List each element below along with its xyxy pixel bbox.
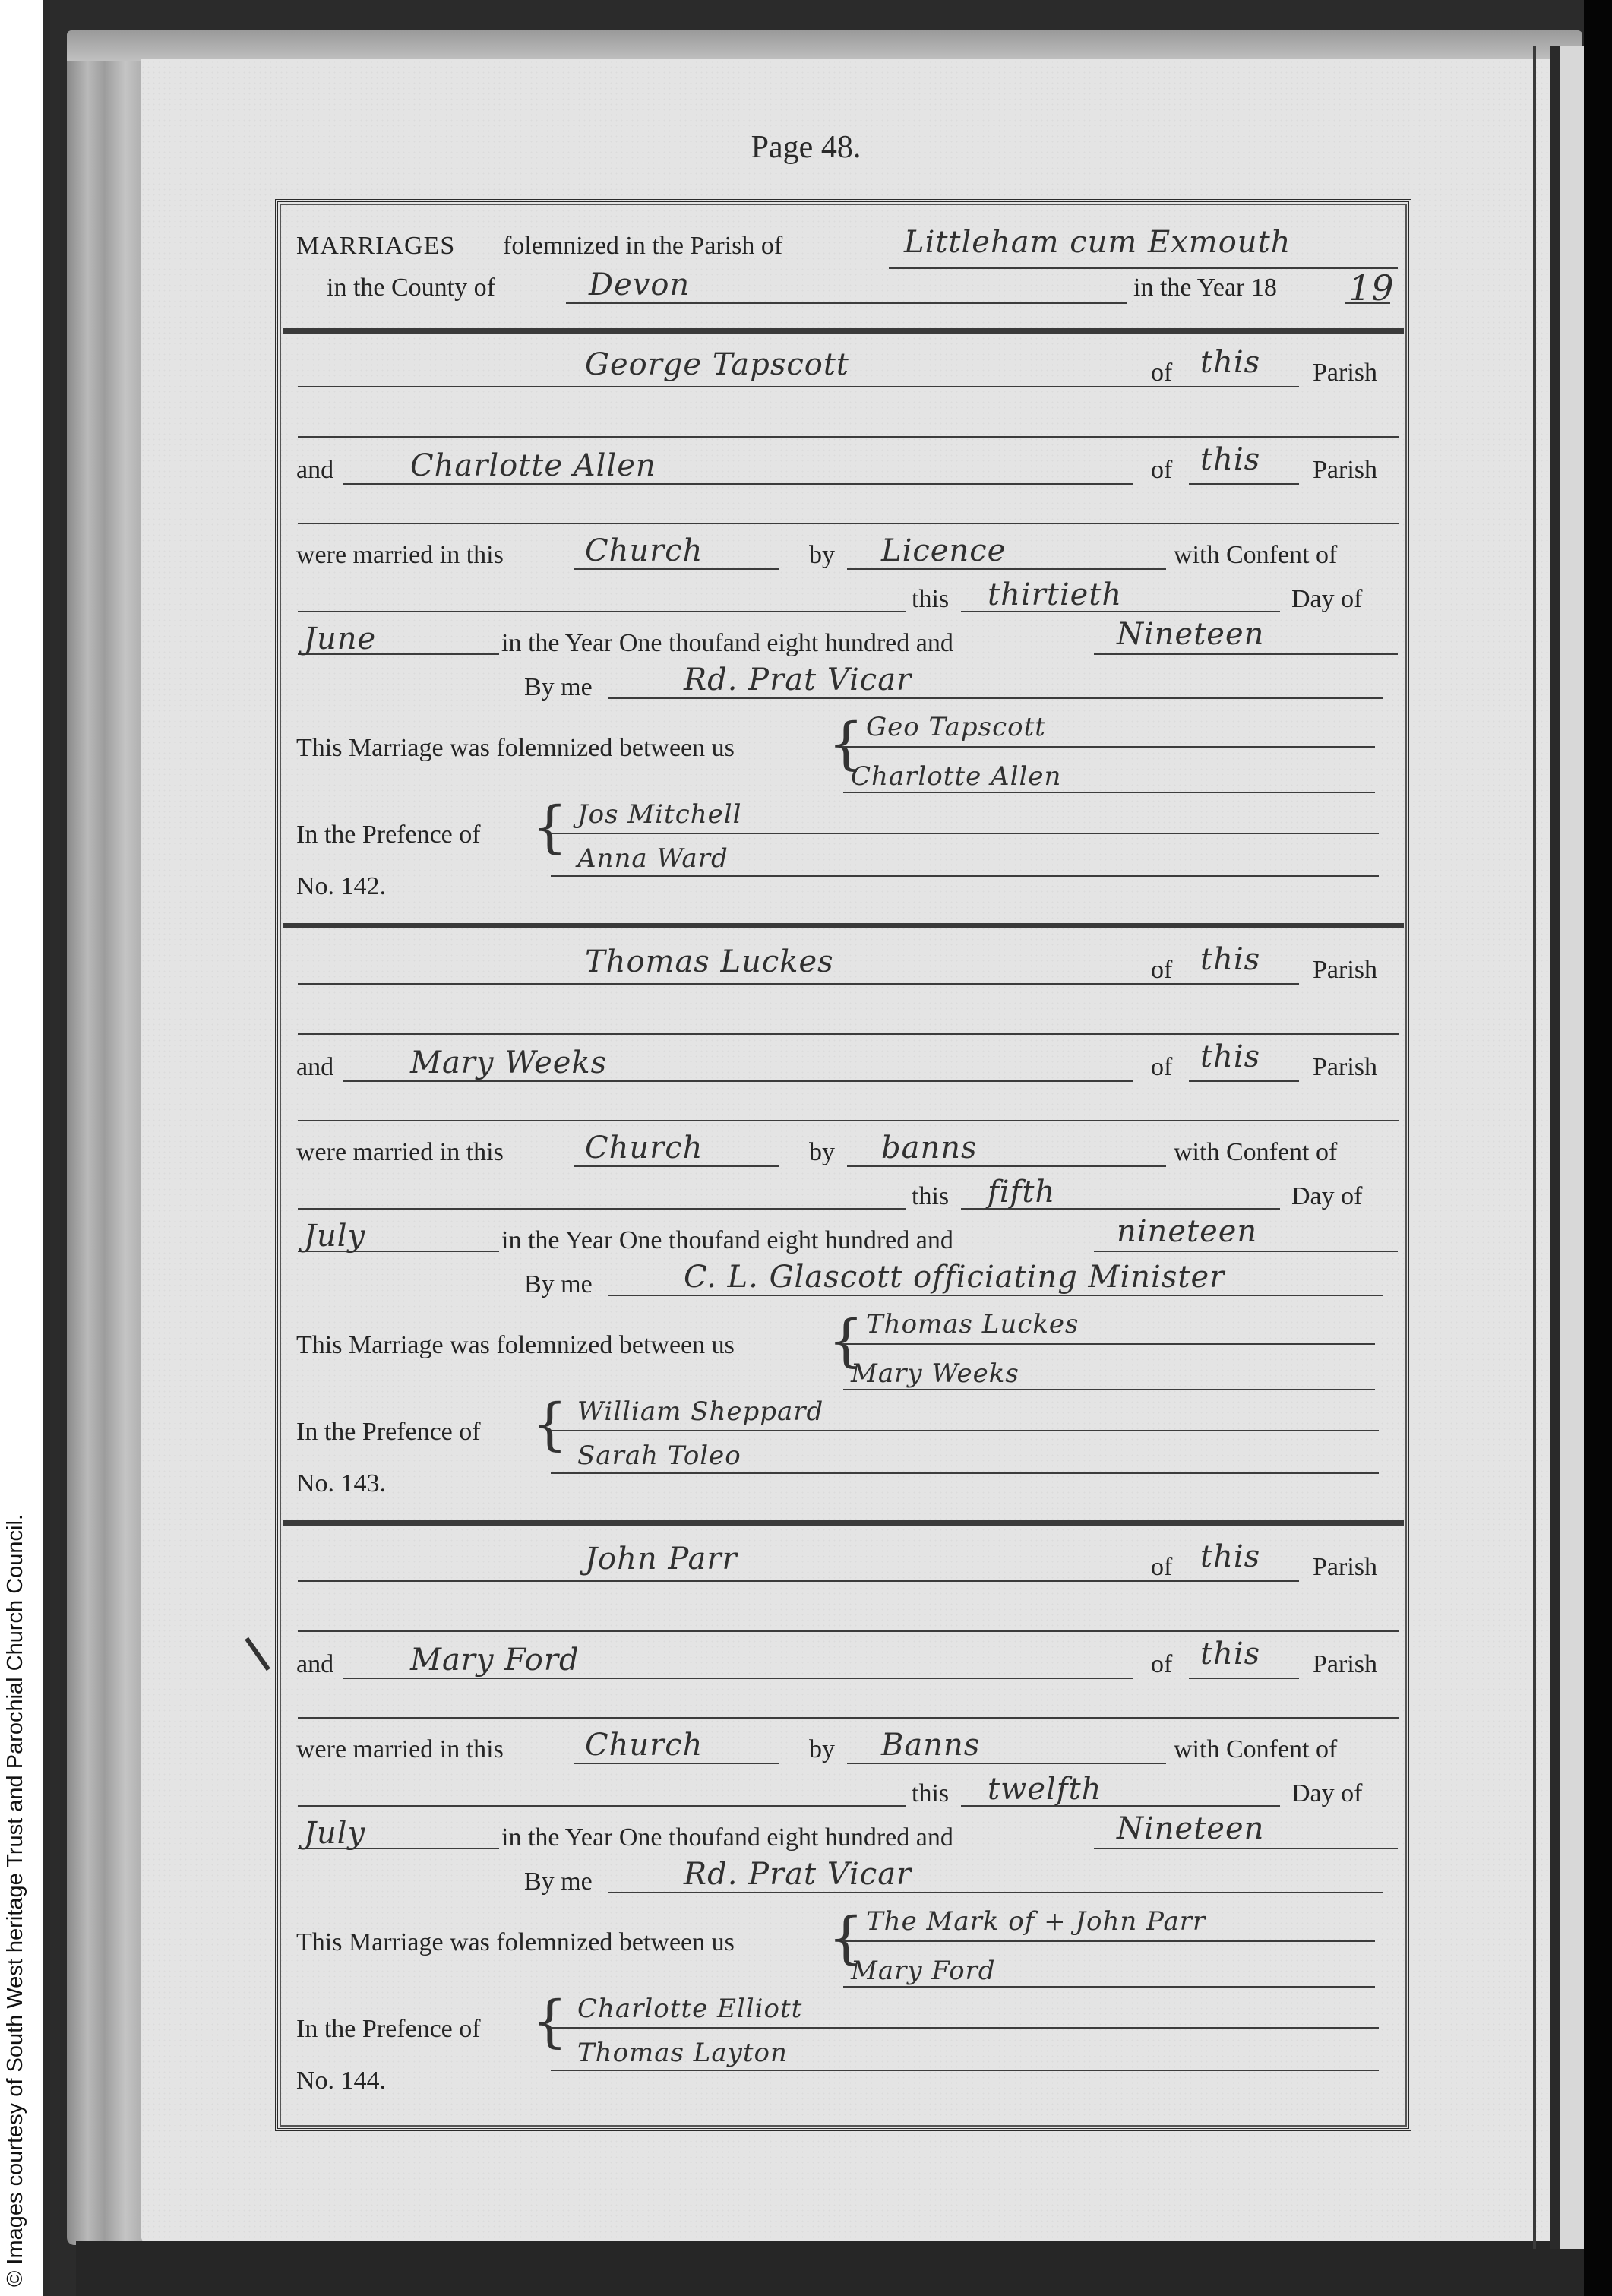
signature-line	[843, 792, 1375, 793]
bride-parish: this	[1200, 1039, 1260, 1074]
groom-name: Thomas Luckes	[585, 944, 834, 979]
label-parish: Parish	[1313, 359, 1377, 387]
label-by-me: By me	[524, 1867, 593, 1896]
officiant-field-line	[608, 1295, 1383, 1296]
label-this: this	[912, 585, 949, 614]
page-bottom-shadow	[76, 2241, 1588, 2296]
signature-line	[843, 1389, 1375, 1390]
bride-parish-line	[1189, 483, 1299, 485]
entry-number: No. 144.	[296, 2067, 386, 2095]
brace-icon: {	[532, 799, 567, 855]
bride-signature: Mary Weeks	[851, 1358, 1019, 1389]
label-by-me: By me	[524, 1270, 593, 1299]
bride-field-line	[343, 483, 1133, 485]
place-field-line	[574, 568, 779, 570]
label-by: by	[809, 1735, 835, 1764]
label-and: and	[296, 456, 333, 485]
marriage-year-words: Nineteen	[1117, 1811, 1264, 1846]
header-year-text: in the Year 18	[1133, 274, 1277, 302]
ceremony-place: Church	[585, 533, 703, 568]
label-with-consent: with Confent of	[1174, 1138, 1337, 1167]
county-field-line	[566, 302, 1127, 304]
officiant-signature: Rd. Prat Vicar	[684, 663, 912, 697]
groom-parish-line	[1189, 1580, 1299, 1582]
marriage-month: June	[304, 621, 376, 656]
entry-number: No. 142.	[296, 872, 386, 901]
groom-field-line	[298, 386, 1217, 387]
by-field-line	[847, 568, 1166, 570]
entry-separator	[283, 923, 1404, 928]
signature-line	[843, 1343, 1375, 1345]
signature-line	[843, 1940, 1375, 1942]
label-of: of	[1151, 1053, 1172, 1082]
bride-parish-line	[1189, 1080, 1299, 1082]
blank-rule	[298, 1717, 1399, 1719]
book-spine-edge	[67, 34, 150, 2245]
witness-line	[551, 833, 1379, 834]
label-in-the-year: in the Year One thoufand eight hundred a…	[501, 629, 953, 658]
groom-parish: this	[1200, 942, 1260, 977]
blank-rule	[298, 523, 1399, 524]
ceremony-place: Church	[585, 1131, 703, 1165]
bride-name: Charlotte Allen	[410, 448, 656, 483]
marriage-by: Licence	[881, 533, 1006, 568]
label-with-consent: with Confent of	[1174, 1735, 1337, 1764]
label-day-of: Day of	[1291, 1182, 1362, 1211]
label-solemnized-between: This Marriage was folemnized between us	[296, 1928, 735, 1957]
marriage-day: twelfth	[988, 1772, 1102, 1807]
year-field-line	[1094, 653, 1398, 655]
entry-separator	[283, 1520, 1404, 1526]
groom-name: George Tapscott	[585, 347, 849, 382]
label-of: of	[1151, 1650, 1172, 1679]
book-top-edge	[67, 30, 1582, 61]
label-parish: Parish	[1313, 1650, 1377, 1679]
bride-name: Mary Weeks	[410, 1045, 607, 1080]
gutter-line	[1533, 46, 1536, 2249]
signature-line	[843, 1986, 1375, 1988]
witness-signature: William Sheppard	[577, 1396, 823, 1427]
label-by: by	[809, 541, 835, 570]
witness-signature: Sarah Toleo	[577, 1441, 741, 1471]
label-this: this	[912, 1182, 949, 1211]
ceremony-place: Church	[585, 1728, 703, 1763]
witness-signature: Charlotte Elliott	[577, 1994, 802, 2024]
label-with-consent: with Confent of	[1174, 541, 1337, 570]
groom-signature: Geo Tapscott	[866, 712, 1046, 742]
county-name: Devon	[589, 267, 690, 302]
bride-signature: Mary Ford	[851, 1956, 996, 1986]
witness-signature: Anna Ward	[577, 843, 729, 874]
blank-rule	[298, 1120, 1399, 1121]
page-number: Page 48.	[0, 129, 1612, 166]
witness-line	[551, 1430, 1379, 1431]
year-suffix: 19	[1348, 267, 1395, 308]
marriage-by: Banns	[881, 1728, 980, 1763]
label-by-me: By me	[524, 673, 593, 702]
copyright-notice: © Images courtesy of South West heritage…	[3, 1398, 28, 2287]
label-day-of: Day of	[1291, 1779, 1362, 1808]
consent-field-line	[298, 1805, 906, 1807]
witness-line	[551, 2027, 1379, 2029]
year-field-line	[1094, 1848, 1398, 1849]
label-solemnized-between: This Marriage was folemnized between us	[296, 734, 735, 763]
witness-signature: Jos Mitchell	[577, 799, 742, 830]
groom-parish-line	[1189, 386, 1299, 387]
groom-parish: this	[1200, 1539, 1260, 1574]
header-line1-text: folemnized in the Parish of	[503, 232, 782, 261]
header-title: MARRIAGES	[296, 232, 455, 261]
blank-rule	[298, 436, 1399, 438]
label-in-the-year: in the Year One thoufand eight hundred a…	[501, 1226, 953, 1255]
label-were-married: were married in this	[296, 541, 504, 570]
label-solemnized-between: This Marriage was folemnized between us	[296, 1331, 735, 1360]
groom-field-line	[298, 1580, 1217, 1582]
witness-signature: Thomas Layton	[577, 2038, 788, 2068]
bride-name: Mary Ford	[410, 1643, 580, 1678]
label-in-presence: In the Prefence of	[296, 2015, 481, 2044]
consent-field-line	[298, 1208, 906, 1210]
groom-field-line	[298, 983, 1217, 985]
witness-line	[551, 2070, 1379, 2071]
bride-signature: Charlotte Allen	[851, 761, 1061, 792]
bride-parish: this	[1200, 1637, 1260, 1671]
marriage-day: fifth	[988, 1175, 1055, 1210]
parish-name: Littleham cum Exmouth	[904, 225, 1291, 260]
year-field-line	[1094, 1251, 1398, 1252]
place-field-line	[574, 1763, 779, 1764]
marriage-year-words: nineteen	[1117, 1214, 1257, 1249]
signature-line	[843, 746, 1375, 748]
officiant-field-line	[608, 1892, 1383, 1893]
label-of: of	[1151, 359, 1172, 387]
label-parish: Parish	[1313, 956, 1377, 985]
label-were-married: were married in this	[296, 1138, 504, 1167]
scan-edge-right	[1584, 0, 1612, 2296]
blank-rule	[298, 1033, 1399, 1035]
groom-signature: The Mark of + John Parr	[866, 1906, 1206, 1937]
label-of: of	[1151, 956, 1172, 985]
label-were-married: were married in this	[296, 1735, 504, 1764]
label-and: and	[296, 1650, 333, 1679]
blank-rule	[298, 1630, 1399, 1632]
groom-parish-line	[1189, 983, 1299, 985]
consent-field-line	[298, 611, 906, 612]
label-this: this	[912, 1779, 949, 1808]
marriage-year-words: Nineteen	[1117, 617, 1264, 652]
officiant-field-line	[608, 697, 1383, 699]
label-day-of: Day of	[1291, 585, 1362, 614]
witness-line	[551, 1472, 1379, 1474]
label-in-presence: In the Prefence of	[296, 821, 481, 849]
header-separator	[283, 328, 1404, 334]
parish-field-line	[889, 267, 1398, 269]
label-parish: Parish	[1313, 1053, 1377, 1082]
marriage-by: banns	[881, 1131, 978, 1165]
label-of: of	[1151, 1553, 1172, 1582]
by-field-line	[847, 1763, 1166, 1764]
bride-parish-line	[1189, 1678, 1299, 1679]
marriage-month: July	[304, 1219, 365, 1254]
marriage-day: thirtieth	[988, 577, 1122, 612]
brace-icon: {	[532, 1396, 567, 1453]
officiant-signature: C. L. Glascott officiating Minister	[684, 1260, 1225, 1295]
place-field-line	[574, 1165, 779, 1167]
label-parish: Parish	[1313, 1553, 1377, 1582]
marriage-month: July	[304, 1816, 365, 1851]
label-parish: Parish	[1313, 456, 1377, 485]
groom-signature: Thomas Luckes	[866, 1309, 1079, 1339]
label-in-the-year: in the Year One thoufand eight hundred a…	[501, 1823, 953, 1852]
header-line2-text: in the County of	[327, 274, 495, 302]
officiant-signature: Rd. Prat Vicar	[684, 1857, 912, 1892]
entry-number: No. 143.	[296, 1469, 386, 1498]
label-of: of	[1151, 456, 1172, 485]
groom-parish: this	[1200, 345, 1260, 380]
witness-line	[551, 875, 1379, 877]
bride-field-line	[343, 1678, 1133, 1679]
label-and: and	[296, 1053, 333, 1082]
bride-field-line	[343, 1080, 1133, 1082]
groom-name: John Parr	[585, 1542, 738, 1577]
label-by: by	[809, 1138, 835, 1167]
bride-parish: this	[1200, 442, 1260, 477]
by-field-line	[847, 1165, 1166, 1167]
brace-icon: {	[532, 1994, 567, 2050]
label-in-presence: In the Prefence of	[296, 1418, 481, 1447]
